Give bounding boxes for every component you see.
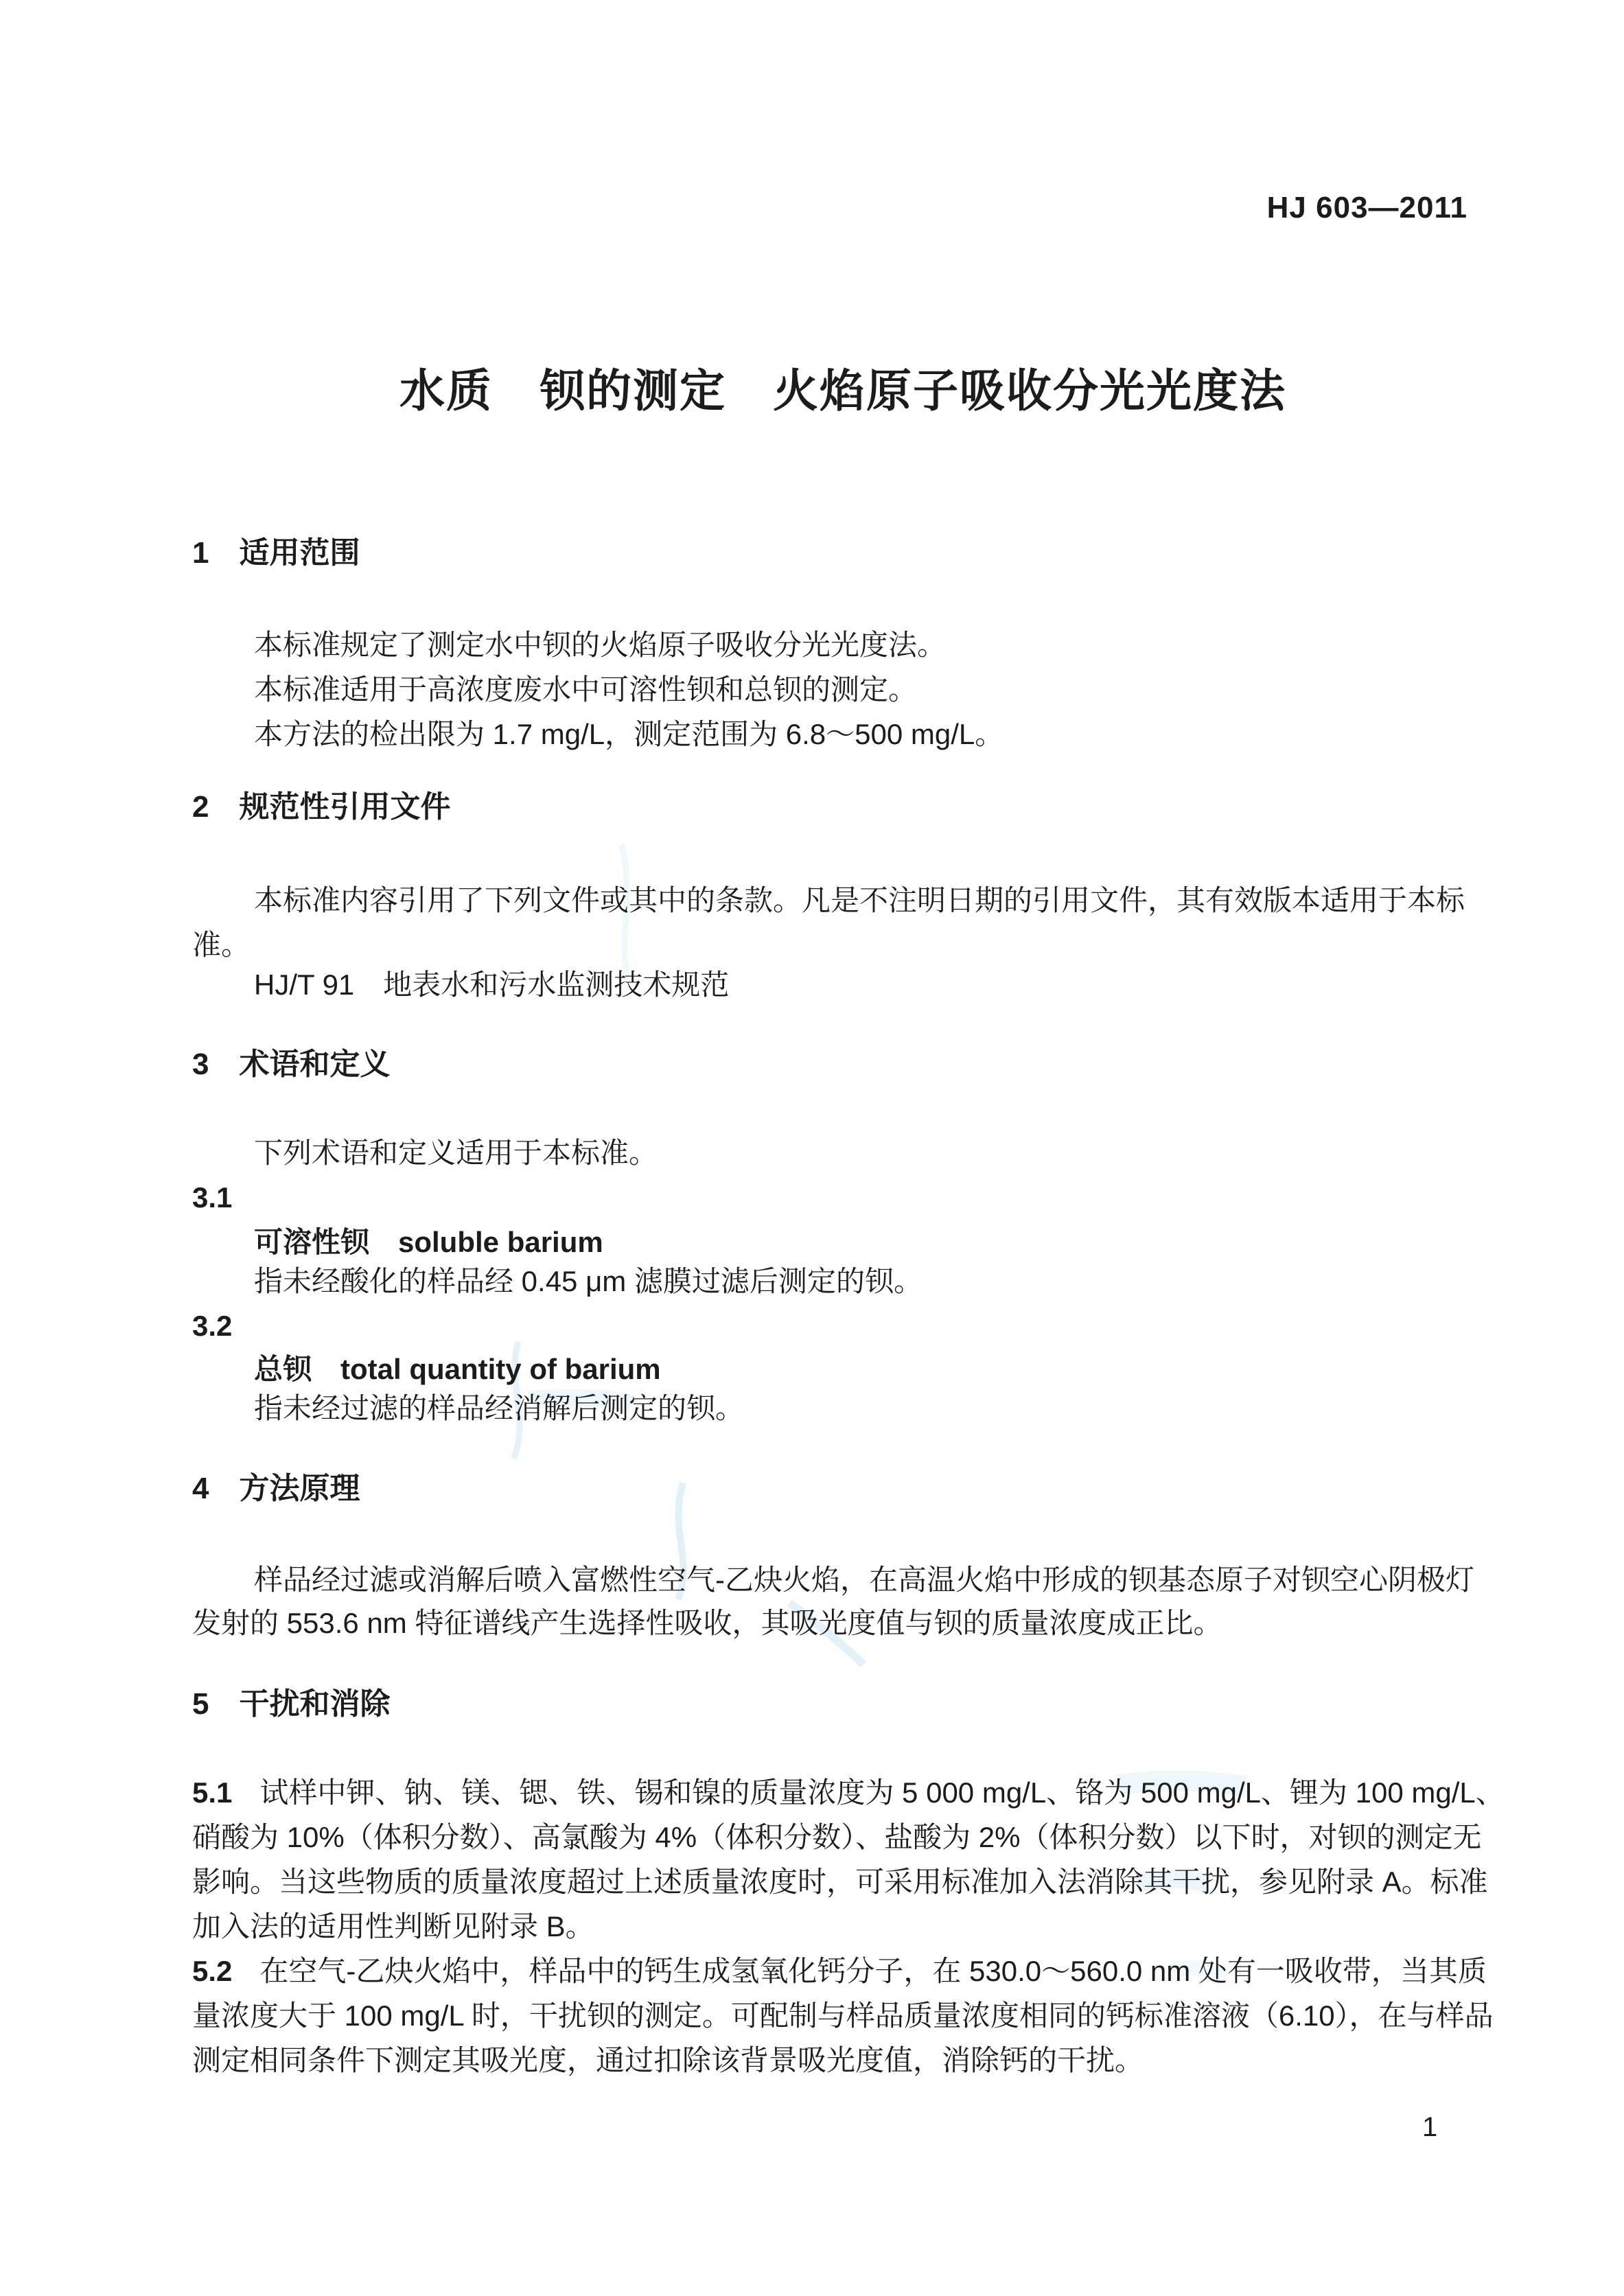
- term-3-1-name: 可溶性钡 soluble barium: [254, 1220, 603, 1261]
- clause-5-1-text: 试样中钾、钠、镁、锶、铁、锡和镍的质量浓度为 5 000 mg/L、铬为 500…: [259, 1772, 1504, 1814]
- section-2-line: 本标准内容引用了下列文件或其中的条款。凡是不注明日期的引用文件，其有效版本适用于…: [254, 880, 1465, 922]
- clause-5-2-number: 5.2: [192, 1951, 232, 1993]
- section-3-heading: 3 术语和定义: [192, 1047, 390, 1083]
- clause-5-2-text: 在空气-乙炔火焰中，样品中的钙生成氢氧化钙分子，在 530.0～560.0 nm…: [259, 1951, 1487, 1993]
- term-3-2-number: 3.2: [192, 1306, 232, 1347]
- clause-5-1-line: 影响。当这些物质的质量浓度超过上述质量浓度时，可采用标准加入法消除其干扰，参见附…: [192, 1862, 1488, 1903]
- section-2-line: 准。: [192, 925, 250, 966]
- section-1-heading: 1 适用范围: [192, 535, 360, 572]
- term-3-2-definition: 指未经过滤的样品经消解后测定的钡。: [254, 1388, 744, 1430]
- clause-5-1: 5.1 试样中钾、钠、镁、锶、铁、锡和镍的质量浓度为 5 000 mg/L、铬为…: [192, 1772, 1505, 1814]
- section-4-heading: 4 方法原理: [192, 1471, 360, 1507]
- clause-5-2-line: 量浓度大于 100 mg/L 时，干扰钡的测定。可配制与样品质量浓度相同的钙标准…: [192, 1995, 1494, 2037]
- document-page: HJ 603—2011 水质 钡的测定 火焰原子吸收分光光度法 1 适用范围 本…: [0, 0, 1624, 2296]
- clause-5-1-line: 加入法的适用性判断见附录 B。: [192, 1906, 594, 1948]
- page-title: 水质 钡的测定 火焰原子吸收分光光度法: [31, 354, 1624, 419]
- clause-5-1-number: 5.1: [192, 1772, 232, 1814]
- section-1-line: 本标准适用于高浓度废水中可溶性钡和总钡的测定。: [254, 669, 917, 711]
- clause-5-2-line: 测定相同条件下测定其吸光度，通过扣除该背景吸光度值，消除钙的干扰。: [192, 2040, 1144, 2082]
- term-3-1-number: 3.1: [192, 1177, 232, 1219]
- section-2-heading: 2 规范性引用文件: [192, 789, 450, 826]
- section-2-reference: HJ/T 91 地表水和污水监测技术规范: [254, 964, 729, 1006]
- section-1-line: 本方法的检出限为 1.7 mg/L，测定范围为 6.8～500 mg/L。: [254, 714, 1004, 756]
- term-3-2-name: 总钡 total quantity of barium: [254, 1347, 661, 1388]
- term-3-1-definition: 指未经酸化的样品经 0.45 μm 滤膜过滤后测定的钡。: [254, 1261, 923, 1303]
- page-number: 1: [1422, 2112, 1437, 2143]
- section-1-line: 本标准规定了测定水中钡的火焰原子吸收分光光度法。: [254, 625, 946, 666]
- header-standard-code: HJ 603—2011: [1267, 191, 1468, 225]
- clause-5-2: 5.2 在空气-乙炔火焰中，样品中的钙生成氢氧化钙分子，在 530.0～560.…: [192, 1951, 1487, 1993]
- section-5-heading: 5 干扰和消除: [192, 1686, 390, 1723]
- section-4-line: 样品经过滤或消解后喷入富燃性空气-乙炔火焰，在高温火焰中形成的钡基态原子对钡空心…: [254, 1559, 1474, 1601]
- section-3-intro: 下列术语和定义适用于本标准。: [254, 1133, 658, 1174]
- section-4-line: 发射的 553.6 nm 特征谱线产生选择性吸收，其吸光度值与钡的质量浓度成正比…: [192, 1603, 1222, 1645]
- clause-5-1-line: 硝酸为 10%（体积分数）、高氯酸为 4%（体积分数）、盐酸为 2%（体积分数）…: [192, 1817, 1481, 1859]
